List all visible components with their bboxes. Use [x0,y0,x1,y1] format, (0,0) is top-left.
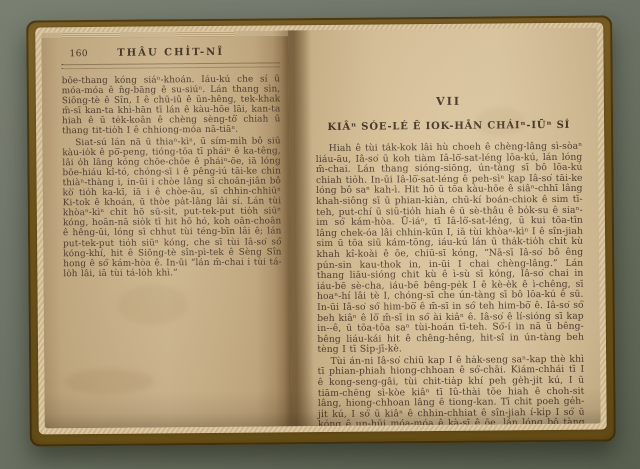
left-paragraph-2: Siat-sú lán nā ū thiaⁿ-kìⁿ, ū sím-mi̍h b… [62,136,282,279]
paper-stain [64,368,154,395]
desk-background: 160 THÂU CHI̍T-NÎ bōe-thang kóng siáⁿ-kh… [0,0,640,469]
left-page-header: 160 THÂU CHI̍T-NÎ [61,46,280,62]
running-header: THÂU CHI̍T-NÎ [61,46,279,59]
open-spread: 160 THÂU CHI̍T-NÎ bōe-thang kóng siáⁿ-kh… [41,28,600,429]
book: 160 THÂU CHI̍T-NÎ bōe-thang kóng siáⁿ-kh… [26,15,616,446]
chapter-number: VII [315,94,582,109]
right-page: VII KIÂⁿ SÓE-LÉ Ê IOK-HĀN CHÁIⁿ-IŪⁿ SÍ H… [289,28,601,427]
left-page: 160 THÂU CHI̍T-NÎ bōe-thang kóng siáⁿ-kh… [41,30,292,428]
right-paragraph-1: Hiah ê tùi ta̍k-kok lâi hù choeh ê chèng… [316,142,584,356]
page-edge-stack: 160 THÂU CHI̍T-NÎ bōe-thang kóng siáⁿ-kh… [35,23,607,435]
header-rule [62,62,280,69]
right-paragraph-2: Tùi án-ni Iâ-so͘ chiū kap I ê ha̍k-seng … [318,355,585,427]
left-paragraph-1: bōe-thang kóng siáⁿ-khoán. Iáu-kú che sí… [62,74,281,136]
chapter-title: KIÂⁿ SÓE-LÉ Ê IOK-HĀN CHÁIⁿ-IŪⁿ SÍ [315,120,582,133]
paper-stain [118,285,188,326]
